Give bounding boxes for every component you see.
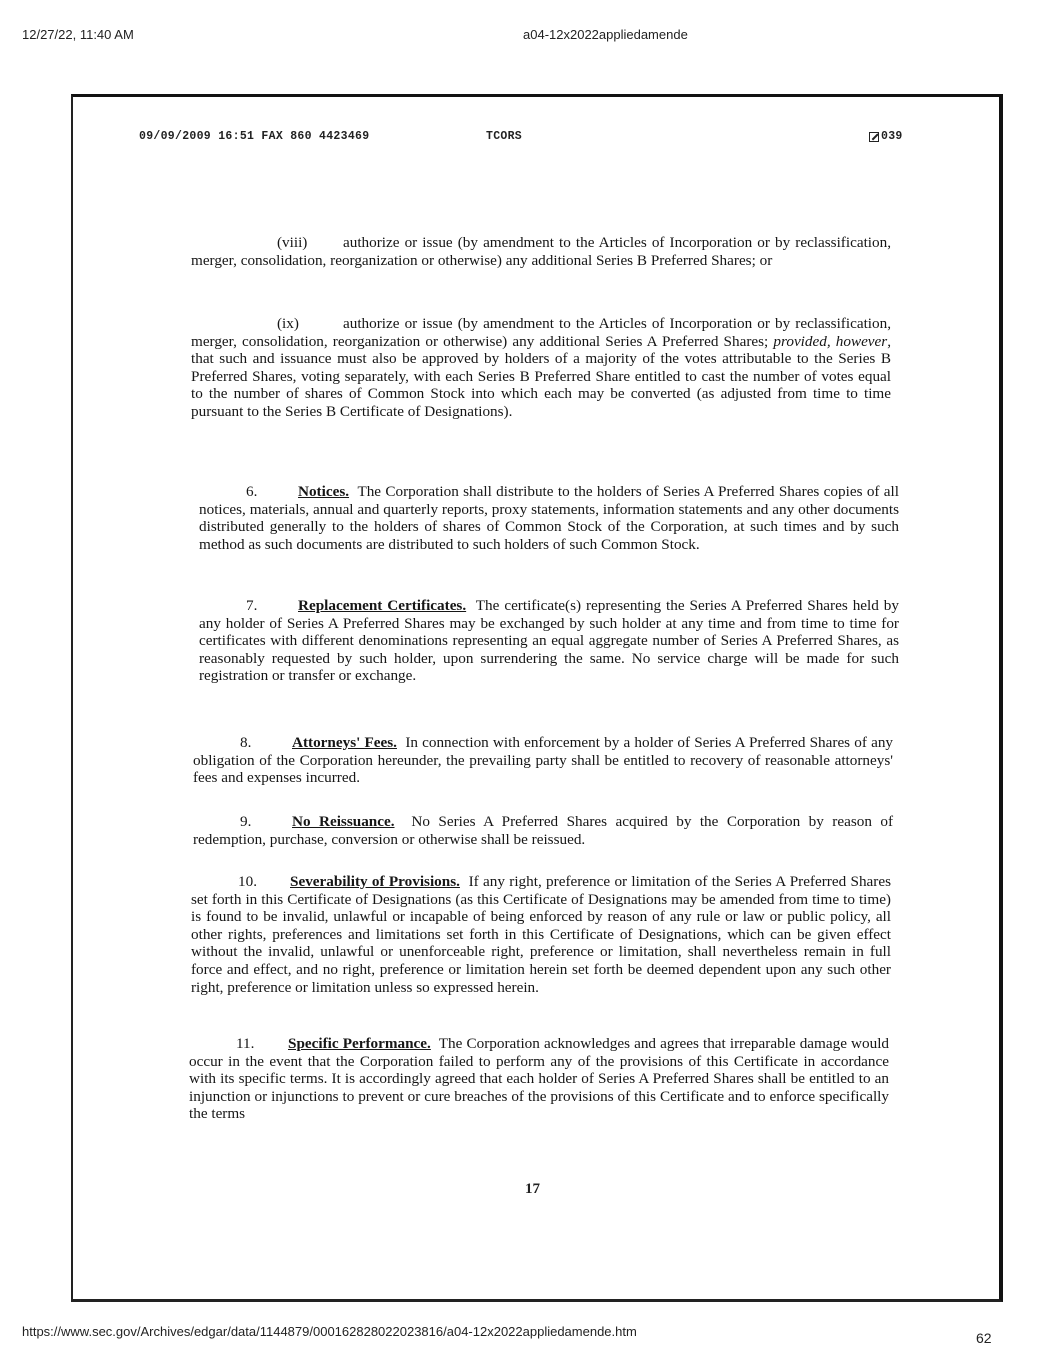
section-heading: Specific Performance. — [288, 1035, 431, 1052]
section-text: If any right, preference or limitation o… — [191, 873, 891, 996]
print-datetime: 12/27/22, 11:40 AM — [22, 27, 134, 42]
fax-sender: TCORS — [486, 130, 522, 143]
print-footer-page-number: 62 — [976, 1330, 992, 1346]
document-page-number: 17 — [525, 1181, 540, 1198]
section-6-notices: 6.Notices. The Corporation shall distrib… — [199, 483, 899, 553]
section-11-specific-performance: 11.Specific Performance. The Corporation… — [189, 1035, 889, 1123]
section-heading: Notices. — [298, 483, 349, 500]
section-number: 11. — [236, 1035, 288, 1053]
section-7-replacement-certificates: 7.Replacement Certificates. The certific… — [199, 597, 899, 685]
section-heading: No Reissuance. — [292, 813, 395, 830]
subsection-label: (viii) — [277, 234, 343, 252]
section-number: 8. — [240, 734, 292, 752]
section-8-attorneys-fees: 8.Attorneys' Fees. In connection with en… — [193, 734, 893, 787]
print-footer-url: https://www.sec.gov/Archives/edgar/data/… — [22, 1324, 637, 1339]
subsection-ix: (ix)authorize or issue (by amendment to … — [191, 315, 891, 421]
section-number: 7. — [246, 597, 298, 615]
section-number: 10. — [238, 873, 290, 891]
section-heading: Attorneys' Fees. — [292, 734, 397, 751]
section-heading: Replacement Certificates. — [298, 597, 466, 614]
section-heading: Severability of Provisions. — [290, 873, 460, 890]
print-title: a04-12x2022appliedamende — [523, 27, 688, 42]
subsection-italic: provided, however — [773, 333, 887, 350]
section-number: 9. — [240, 813, 292, 831]
section-number: 6. — [246, 483, 298, 501]
fax-timestamp: 09/09/2009 16:51 FAX 860 4423469 — [139, 130, 369, 143]
fax-page-icon — [869, 132, 879, 142]
subsection-label: (ix) — [277, 315, 343, 333]
section-10-severability: 10.Severability of Provisions. If any ri… — [191, 873, 891, 996]
scanned-page: 09/09/2009 16:51 FAX 860 4423469 TCORS 0… — [71, 94, 1003, 1302]
fax-page-number: 039 — [881, 130, 903, 143]
section-9-no-reissuance: 9.No Reissuance. No Series A Preferred S… — [193, 813, 893, 848]
subsection-viii: (viii)authorize or issue (by amendment t… — [191, 234, 891, 269]
fax-page-counter: 039 — [869, 130, 903, 143]
